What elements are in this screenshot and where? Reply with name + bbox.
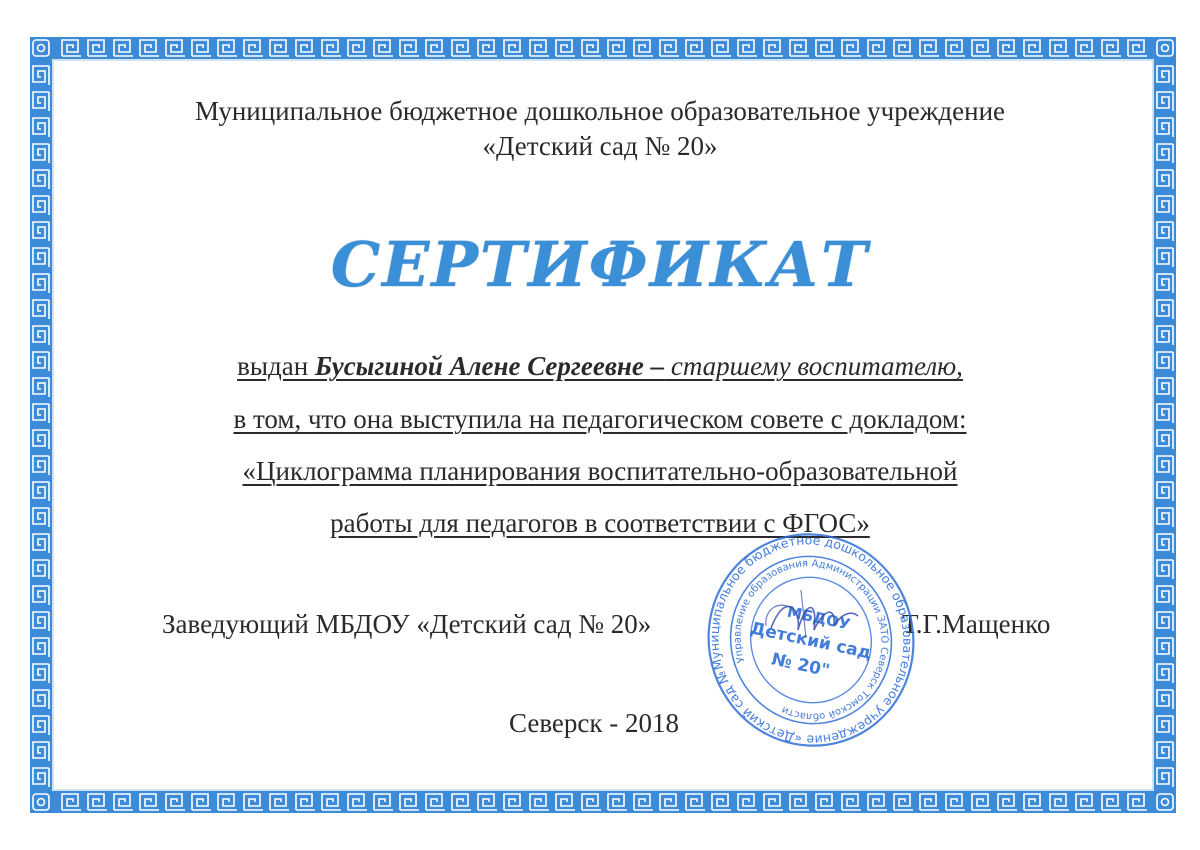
- organization-name: Муниципальное бюджетное дошкольное образ…: [0, 96, 1200, 127]
- official-stamp: Муниципальное бюджетное дошкольное образ…: [706, 530, 916, 750]
- organization-short-name: «Детский сад № 20»: [0, 131, 1200, 162]
- recipient-position: старшему воспитателю,: [664, 351, 963, 381]
- recipient-name: Бусыгиной Алене Сергеевне –: [315, 351, 664, 381]
- stamp-seal-icon: Муниципальное бюджетное дошкольное образ…: [706, 530, 916, 750]
- statement-text: в том, что она выступила на педагогическ…: [233, 404, 966, 434]
- signatory-name: Т.Г.Мащенко: [902, 609, 1050, 640]
- recipient-line-text: выдан Бусыгиной Алене Сергеевне – старше…: [237, 351, 963, 381]
- report-title-line-2: работы для педагогов в соответствии с ФГ…: [0, 508, 1200, 539]
- report-title-text-1: «Циклограмма планирования воспитательно-…: [243, 456, 958, 486]
- statement-line: в том, что она выступила на педагогическ…: [0, 404, 1200, 435]
- report-title-line-1: «Циклограмма планирования воспитательно-…: [0, 456, 1200, 487]
- certificate: Муниципальное бюджетное дошкольное образ…: [0, 0, 1200, 850]
- signatory-role: Заведующий МБДОУ «Детский сад № 20»: [162, 609, 651, 640]
- issued-prefix: выдан: [237, 351, 315, 381]
- certificate-title: СЕРТИФИКАТ: [0, 228, 1200, 301]
- recipient-line: выдан Бусыгиной Алене Сергеевне – старше…: [0, 351, 1200, 382]
- svg-text:№ 20": № 20": [770, 649, 832, 681]
- place-and-year: Северск - 2018: [0, 708, 1194, 739]
